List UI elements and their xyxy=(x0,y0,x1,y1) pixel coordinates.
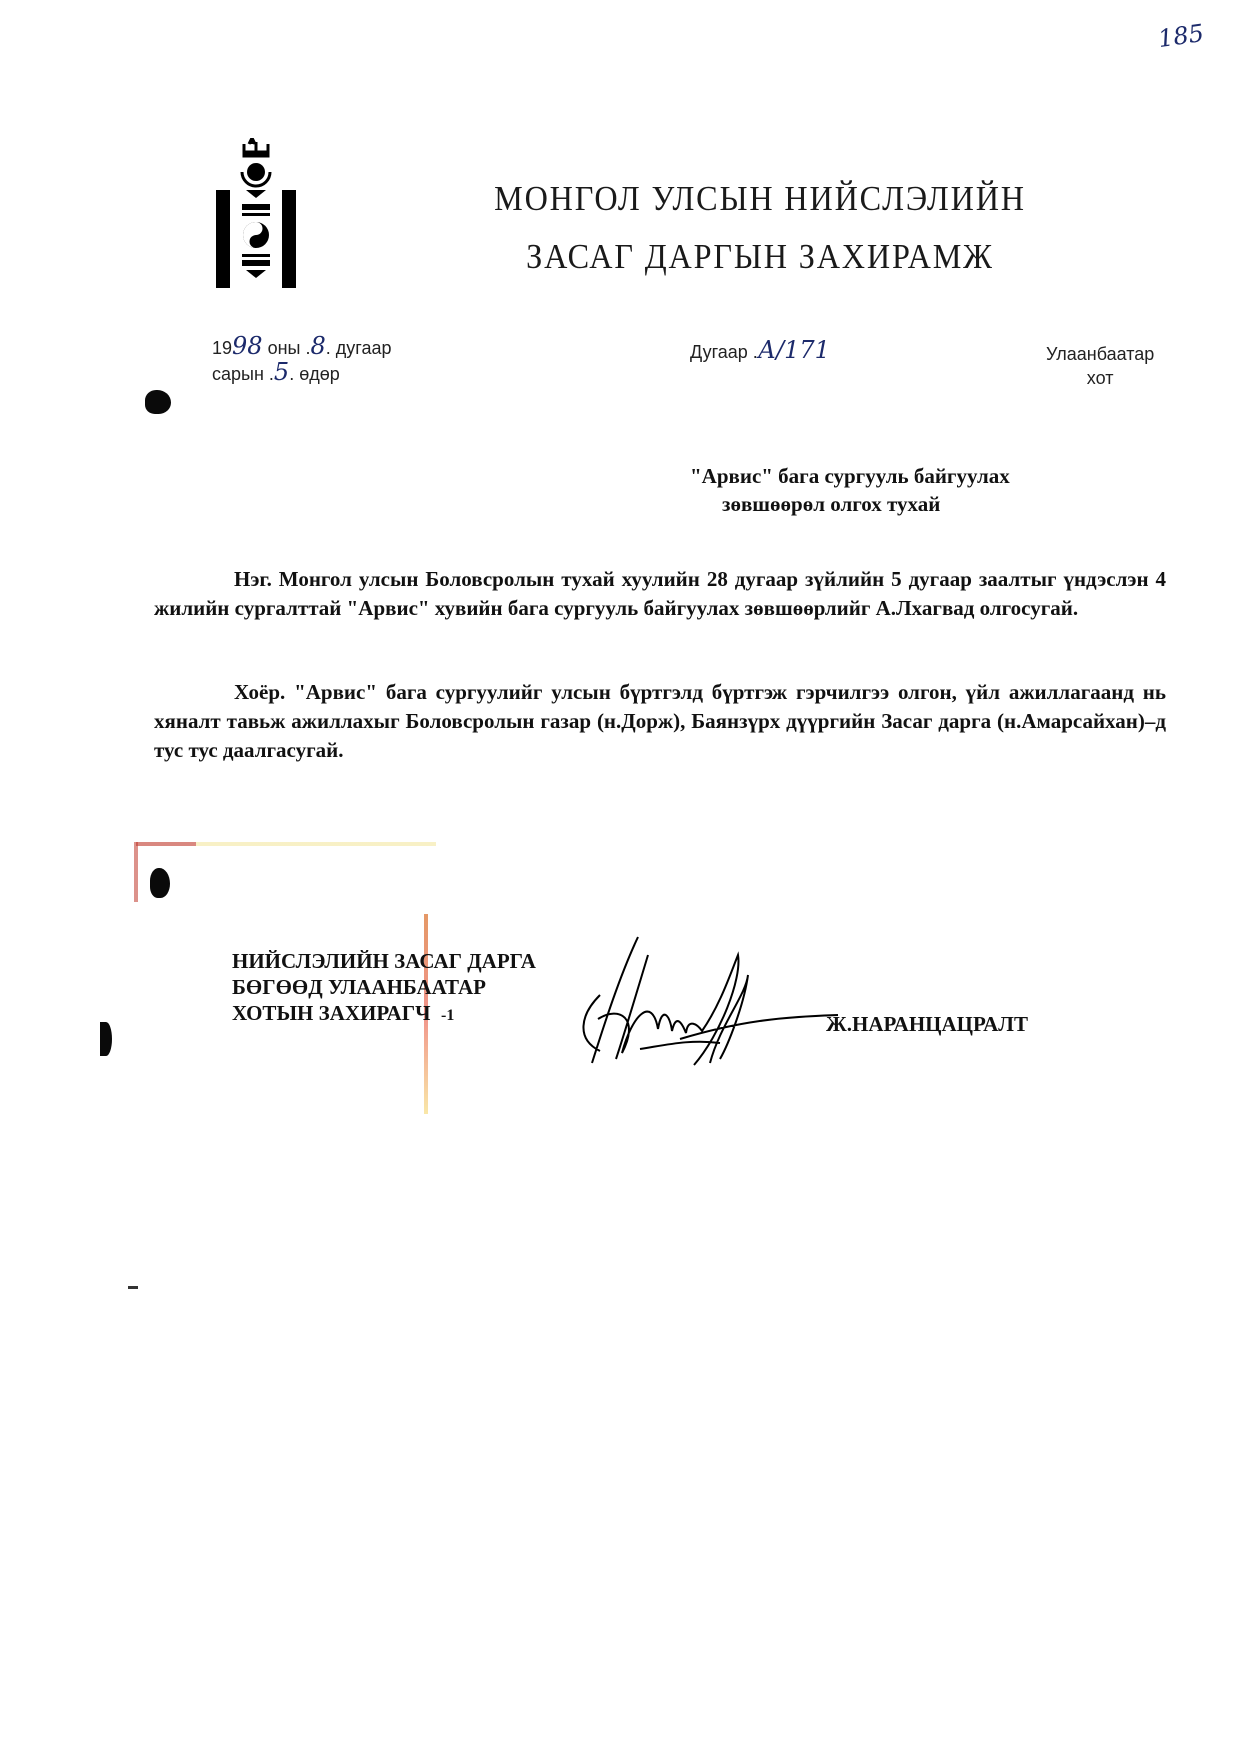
handwritten-signature xyxy=(570,935,840,1075)
subject-line-1: "Арвис" бага сургууль байгуулах xyxy=(690,462,1090,490)
stamp-edge xyxy=(136,842,436,846)
scan-artifact xyxy=(128,1286,138,1289)
year-suffix: оны xyxy=(268,338,301,358)
ink-blot xyxy=(100,1022,112,1056)
paragraph-one: Нэг. Монгол улсын Боловсролын тухай хуул… xyxy=(154,565,1166,623)
signer-name: Ж.НАРАНЦАЦРАЛТ xyxy=(826,1012,1028,1037)
document-header: МОНГОЛ УЛСЫН НИЙСЛЭЛИЙН ЗАСАГ ДАРГЫН ЗАХ… xyxy=(466,170,1055,286)
number-label: Дугаар xyxy=(690,342,748,362)
subject-line-2: зөвшөөрөл олгох тухай xyxy=(690,490,1090,518)
punch-hole-mark xyxy=(145,390,171,414)
signer-title-line-1: НИЙСЛЭЛИЙН ЗАСАГ ДАРГА xyxy=(232,948,536,974)
month-handwritten: 8 xyxy=(311,332,326,360)
page-number: 185 xyxy=(1156,19,1205,53)
document-subject: "Арвис" бага сургууль байгуулах зөвшөөрө… xyxy=(690,462,1090,518)
day-prefix: сарын xyxy=(212,364,264,384)
signer-title-line-3: ХОТЫН ЗАХИРАГЧ -1 xyxy=(232,1000,536,1029)
year-handwritten: 98 xyxy=(232,332,263,360)
signer-mark: -1 xyxy=(441,1007,454,1024)
header-line-2: ЗАСАГ ДАРГЫН ЗАХИРАМЖ xyxy=(466,228,1055,286)
signer-title-line-2: БӨГӨӨД УЛААНБААТАР xyxy=(232,974,536,1000)
city-name: Улаанбаатар xyxy=(1046,342,1154,366)
ink-blot xyxy=(150,868,170,898)
day-suffix: өдөр xyxy=(299,364,340,384)
year-prefix: 19 xyxy=(212,338,232,358)
date-block: 1998 оны .8. дугаар сарын .5. өдөр xyxy=(212,334,392,386)
number-value: А/171 xyxy=(758,336,830,364)
signer-title: НИЙСЛЭЛИЙН ЗАСАГ ДАРГА БӨГӨӨД УЛААНБААТА… xyxy=(232,948,536,1029)
document-number: Дугаар .А/171 xyxy=(690,336,830,364)
soyombo-emblem-icon xyxy=(216,138,296,288)
city-type: хот xyxy=(1046,366,1154,390)
stamp-edge xyxy=(134,842,138,902)
paragraph-two: Хоёр. "Арвис" бага сургуулийг улсын бүрт… xyxy=(154,678,1166,765)
header-line-1: МОНГОЛ УЛСЫН НИЙСЛЭЛИЙН xyxy=(466,170,1055,228)
day-handwritten: 5 xyxy=(274,358,289,386)
city-block: Улаанбаатар хот xyxy=(1046,342,1154,390)
month-suffix: дугаар xyxy=(336,338,392,358)
